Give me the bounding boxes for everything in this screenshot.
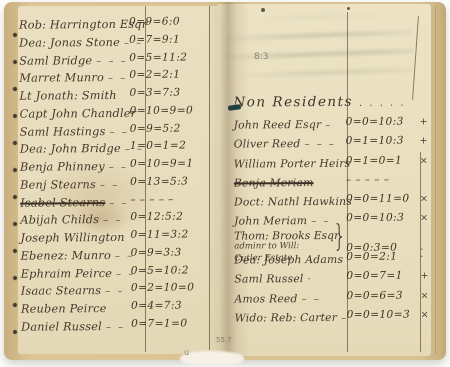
ledger-entry: Benja Meriam– – – – – [234, 170, 426, 190]
heading-leader-dots: . . . . . [359, 98, 406, 109]
entry-name: Benja Phinney [20, 160, 105, 174]
entry-amount: 0=0=11=0 [346, 190, 416, 210]
entry-amount: 0=9=6:0 [129, 13, 207, 31]
entry-name: Saml Hastings [20, 125, 106, 139]
dash-leader: – – [302, 294, 321, 305]
ledger-entry: Saml Russel·0=0=7=1+ [234, 267, 426, 287]
check-mark: × [421, 305, 429, 324]
estate-brace: } [333, 227, 346, 246]
ledger-entry: Benj Stearns– –0=13=5:3 [20, 173, 212, 192]
dash-leader: – – [108, 73, 127, 84]
entry-name: Benja Meriam [234, 176, 314, 189]
entry-amount: 0=5=11:2 [129, 49, 207, 67]
entry-amount: 0=1=10:3 [346, 132, 416, 152]
entry-amount: 0=12:5:2 [130, 209, 208, 227]
entry-name: Dea: John Bridge [20, 142, 121, 156]
dash-leader: – – – [96, 55, 127, 66]
ledger-entry: Daniel Russel– –0=7=1=0 [21, 315, 213, 334]
ledger-entry: Reuben Peirce0=4=7:3 [21, 297, 213, 316]
entry-name: Daniel Russel [21, 320, 102, 334]
non-residents-heading: Non Residents [233, 94, 353, 111]
entry-amount: 0=0=6=3 [346, 286, 416, 306]
dash-leader: – – [105, 286, 124, 297]
entry-amount: 0=10=9=1 [130, 155, 208, 173]
check-mark: + [420, 112, 428, 131]
dash-leader: – [325, 120, 332, 131]
entry-amount: 0=2=10=0 [131, 280, 209, 298]
entry-name: Saml Russel [234, 273, 303, 286]
entry-amount: 0=2=2:1 [129, 67, 207, 85]
pencil-note-gutter: 55.7 [216, 336, 232, 344]
ledger-entry: Marret Munro– –0=2=2:1 [19, 67, 211, 86]
entry-name: Dea: Joseph Adams [234, 253, 343, 267]
entry-name: Lt Jonath: Smith [19, 89, 116, 103]
entry-name: Doct: Nathl Hawkins [234, 195, 352, 209]
ledger-entry: Joseph Willington0=11=3:2 [20, 226, 212, 245]
dash-leader: – – [109, 162, 128, 173]
entry-name: Isabel Stearns [20, 196, 105, 210]
ledger-entry: Ephraim Peirce– –0=5=10:2 [21, 262, 213, 281]
torn-paper-patch [180, 351, 244, 365]
ledger-entry: Doct: Nathl Hawkins0=0=11=0× [234, 190, 426, 210]
check-mark: · [420, 248, 423, 267]
entry-name: Isaac Stearns [21, 284, 102, 298]
entry-amount: 0=7=9:1 [129, 31, 207, 49]
entry-amount: 0=11=3:2 [130, 226, 208, 244]
entry-name: Amos Reed [234, 292, 297, 305]
entry-amount: 0=0=7=1 [346, 267, 416, 287]
entry-name: Ephraim Peirce [21, 267, 113, 281]
entry-name: William Porter Heirs [234, 156, 351, 170]
ledger-entry: Lt Jonath: Smith0=3=7:3 [19, 84, 211, 103]
ledger-entry: Saml Hastings– –0=9=5:2 [20, 120, 212, 139]
entry-amount: 0=0=10=3 [347, 306, 417, 326]
entry-amount: – – – – – [346, 170, 416, 190]
entry-amount: 0=1=0=1 [346, 151, 416, 171]
entry-name: Oliver Reed [234, 137, 301, 150]
section-heading-row: Non Residents. . . . . [233, 87, 425, 113]
check-mark: × [420, 151, 428, 170]
check-mark: × [420, 209, 428, 228]
ledger-entry: Dea: Joseph Adams0=0=2:1· [234, 248, 426, 268]
check-mark: × [420, 190, 428, 209]
entry-name: Saml Bridge [19, 54, 92, 68]
left-page-entry-list: Rob: Harrington Esqr0=9=6:0Dea: Jonas St… [19, 13, 213, 334]
bleed-through-text [224, 12, 414, 88]
ledger-entry: Rob: Harrington Esqr0=9=6:0 [19, 13, 211, 32]
pencil-note-top: 8:3 [254, 52, 268, 62]
ledger-entry: Abijah Childs– –0=12:5:2 [20, 209, 212, 228]
ledger-entry: John Meriam– –0=0=10:3× [234, 209, 426, 229]
entry-name: Marret Munro [19, 71, 104, 85]
check-mark: × [420, 286, 428, 305]
ledger-entry: Dea: John Bridge– –1=0=1=2 [20, 138, 212, 157]
right-page-entry-list: Non Residents. . . . . John Reed Esqr–0=… [233, 87, 426, 325]
right-page-edges [430, 6, 440, 354]
ledger-entry: Dea: Jonas Stone– –0=7=9:1 [19, 31, 211, 50]
entry-name: Joseph Willington [20, 231, 124, 245]
dash-leader: – – [311, 216, 330, 227]
dash-leader: – – – [305, 139, 336, 150]
ledger-entry: Ebenez: Munro– –0=9=3:3 [20, 244, 212, 263]
entry-amount: 0=4=7:3 [131, 297, 209, 315]
entry-name: Benj Stearns [20, 178, 96, 192]
entry-amount: 0=0=10:3 [346, 209, 416, 229]
entry-amount: 0=5=10:2 [131, 262, 209, 280]
entry-amount: 0=7=1=0 [131, 315, 209, 333]
ink-speck [347, 7, 350, 10]
entry-name: John Reed Esqr [234, 118, 322, 131]
entry-name: Wido: Reb: Carter [235, 311, 338, 325]
entry-name: Abijah Childs [20, 213, 99, 227]
pencil-note-bottom: u [184, 348, 189, 357]
entry-name: Ebenez: Munro [21, 249, 111, 263]
entry-name: Dea: Jonas Stone [19, 36, 120, 50]
ledger-entry: Capt John Chandler0=10=9=0 [20, 102, 212, 121]
entry-amount: 0=0=2:1 [346, 248, 416, 268]
dash-leader: – – [103, 215, 122, 226]
entry-name-line: Thom: Brooks Esqr [234, 230, 339, 242]
entry-name: Capt John Chandler [20, 107, 137, 121]
ledger-photo: Rob: Harrington Esqr0=9=6:0Dea: Jonas St… [0, 0, 450, 367]
dash-leader: · [308, 274, 313, 285]
dash-leader: – – [100, 180, 119, 191]
dash-leader: – – [109, 197, 128, 208]
ledger-entry: Benja Phinney– –0=10=9=1 [20, 155, 212, 174]
entry-amount: 0=13=5:3 [130, 173, 208, 191]
entry-amount: 0=10=9=0 [130, 102, 208, 120]
entry-amount: 0=9=5:2 [130, 120, 208, 138]
ledger-entry: John Reed Esqr–0=0=10:3+ [234, 112, 426, 132]
entry-amount: 0=0=10:3 [346, 113, 416, 133]
ledger-entry: Isabel Stearns– –– – – – – [20, 191, 212, 210]
ledger-entry: Saml Bridge– – –0=5=11:2 [19, 49, 211, 68]
check-mark: + [420, 132, 428, 151]
ledger-entry: Thom: Brooks Esqradminr to Will:Cutler E… [234, 228, 426, 248]
ledger-entry: Wido: Reb: Carter–0=0=10=3× [235, 305, 427, 325]
dash-leader: – – [106, 322, 125, 333]
dash-leader: – – [110, 126, 129, 137]
check-mark: + [420, 267, 428, 286]
ledger-entry: Oliver Reed– – –0=1=10:3+ [234, 132, 426, 152]
entry-name: Reuben Peirce [21, 302, 107, 316]
entry-amount: – – – – – [130, 191, 208, 209]
entry-amount: 1=0=1=2 [130, 138, 208, 156]
entry-name: John Meriam [234, 215, 307, 228]
entry-amount: 0=3=7:3 [129, 84, 207, 102]
ledger-entry: Isaac Stearns– –0=2=10=0 [21, 280, 213, 299]
ledger-entry: William Porter Heirs0=1=0=1× [234, 151, 426, 171]
entry-amount: 0=9=3:3 [130, 244, 208, 262]
ledger-entry: Amos Reed– –0=0=6=3× [234, 286, 426, 306]
